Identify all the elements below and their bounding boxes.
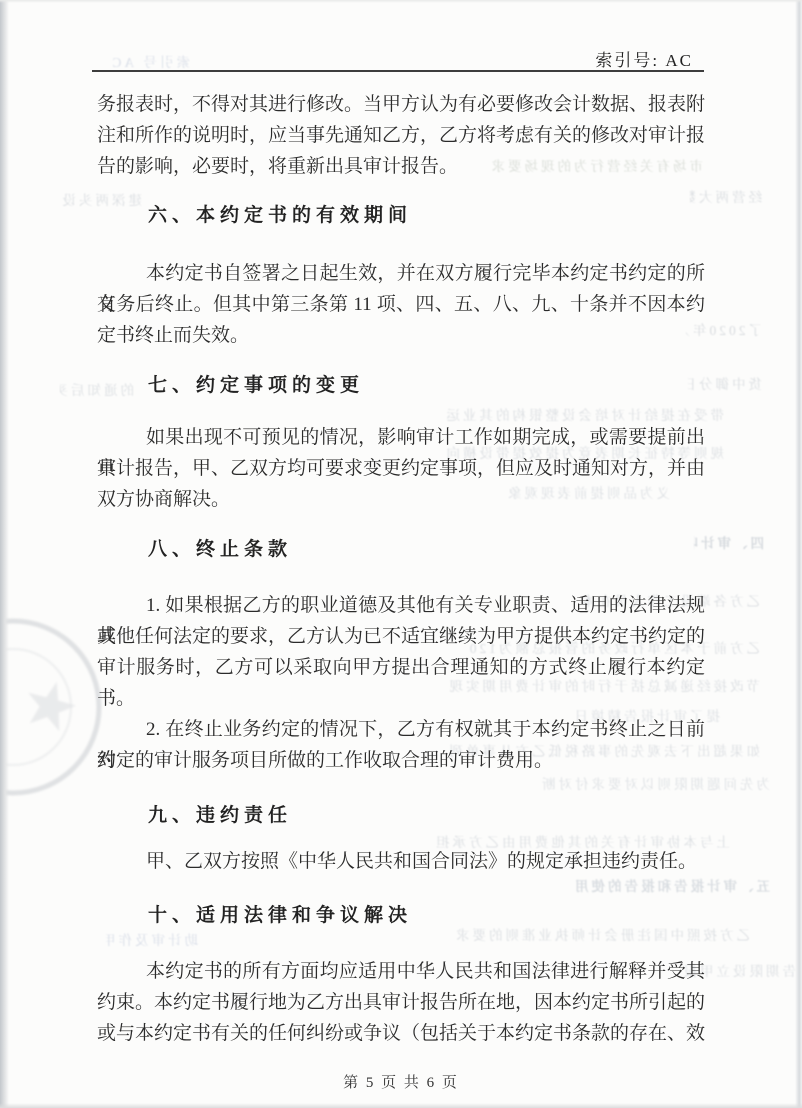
page-edge-bottom (0, 1103, 802, 1108)
text-line: 双方协商解决。 (97, 484, 705, 515)
text-line: 甲、乙双方按照《中华人民共和国合同法》的规定承担违约责任。 (97, 846, 705, 877)
page-number: 第 5 页 共 6 页 (0, 1068, 802, 1099)
page-edge-left (0, 0, 9, 1108)
text-line: 审计报告，甲、乙双方均可要求变更约定事项，但应及时通知对方，并由 (97, 453, 705, 484)
text-line: 1. 如果根据乙方的职业道德及其他有关专业职责、适用的法律法规或 (97, 590, 705, 621)
paragraph: 本约定书的所有方面均应适用中华人民共和国法律进行解释并受其约束。本约定书履行地为… (97, 956, 705, 1049)
section-heading: 九、违约责任 (97, 800, 705, 831)
text-line: 约定的审计服务项目所做的工作收取合理的审计费用。 (97, 745, 705, 776)
text-line: 义务后终止。但其中第三条第 11 项、四、五、八、九、十条并不因本约 (97, 289, 705, 320)
text-line: 书。 (97, 683, 705, 714)
scanned-document-page: 索引号 AC市场有关经营行为的现场要求经营两大数建深两头设了2020年入的通知后… (0, 0, 802, 1108)
section-heading: 七、约定事项的变更 (97, 370, 705, 401)
text-line: 告的影响，必要时，将重新出具审计报告。 (97, 151, 705, 182)
paragraph: 甲、乙双方按照《中华人民共和国合同法》的规定承担违约责任。 (97, 846, 705, 877)
text-line: 本约定书自签署之日起生效，并在双方履行完毕本约定书约定的所有 (97, 258, 705, 289)
paragraph: 1. 如果根据乙方的职业道德及其他有关专业职责、适用的法律法规或其他任何法定的要… (97, 590, 705, 714)
document-content: 务报表时，不得对其进行修改。当甲方认为有必要修改会计数据、报表附注和所作的说明时… (0, 0, 802, 1108)
text-line: 本约定书的所有方面均应适用中华人民共和国法律进行解释并受其 (97, 956, 705, 987)
paragraph: 本约定书自签署之日起生效，并在双方履行完毕本约定书约定的所有义务后终止。但其中第… (97, 258, 705, 351)
text-line: 注和所作的说明时，应当事先通知乙方，乙方将考虑有关的修改对审计报 (97, 120, 705, 151)
text-line: 务报表时，不得对其进行修改。当甲方认为有必要修改会计数据、报表附 (97, 89, 705, 120)
text-line: 审计服务时，乙方可以采取向甲方提出合理通知的方式终止履行本约定 (97, 652, 705, 683)
paragraph: 2. 在终止业务约定的情况下，乙方有权就其于本约定书终止之日前对约定的审计服务项… (97, 714, 705, 776)
text-line: 其他任何法定的要求，乙方认为已不适宜继续为甲方提供本约定书约定的 (97, 621, 705, 652)
section-heading: 六、本约定书的有效期间 (97, 200, 705, 231)
paragraph: 如果出现不可预见的情况，影响审计工作如期完成，或需要提前出具审计报告，甲、乙双方… (97, 422, 705, 515)
text-line: 定书终止而失效。 (97, 320, 705, 351)
page-edge-right (795, 0, 802, 1108)
text-line: 如果出现不可预见的情况，影响审计工作如期完成，或需要提前出具 (97, 422, 705, 453)
page-edge-top (0, 0, 802, 3)
text-line: 2. 在终止业务约定的情况下，乙方有权就其于本约定书终止之日前对 (97, 714, 705, 745)
text-line: 约束。本约定书履行地为乙方出具审计报告所在地，因本约定书所引起的 (97, 987, 705, 1018)
paragraph: 务报表时，不得对其进行修改。当甲方认为有必要修改会计数据、报表附注和所作的说明时… (97, 89, 705, 182)
section-heading: 十、适用法律和争议解决 (97, 900, 705, 931)
text-line: 或与本约定书有关的任何纠纷或争议（包括关于本约定书条款的存在、效 (97, 1018, 705, 1049)
section-heading: 八、终止条款 (97, 534, 705, 565)
